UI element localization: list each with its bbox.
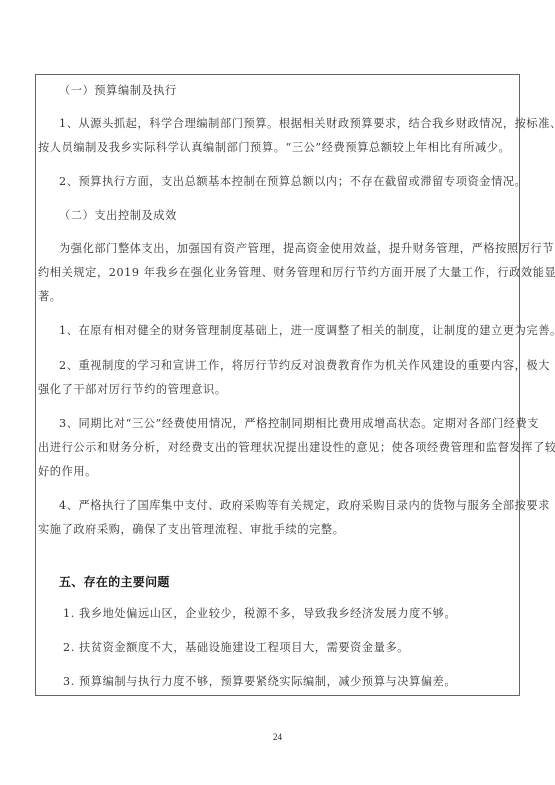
problem-item: 1. 我乡地处偏远山区，企业较少，税源不多，导致我乡经济发展力度不够。 [63, 607, 456, 621]
problem-item: 2. 扶贫资金额度不大，基础设施建设工程项目大，需要资金量多。 [63, 641, 409, 655]
paragraph-text: 实施了政府采购，确保了支出管理流程、审批手续的完整。 [38, 523, 344, 537]
paragraph-text: 1、在原有相对健全的财务管理制度基础上，进一度调整了相关的制度，让制度的建立更为… [59, 324, 555, 338]
paragraph-text: 2、重视制度的学习和宣讲工作，将厉行节约反对浪费教育作为机关作风建设的重要内容，… [59, 359, 550, 373]
content-box: （一）预算编制及执行 1、从源头抓起，科学合理编制部门预算。根据相关财政预算要求… [35, 74, 520, 696]
section-heading-expenditure: （二）支出控制及成效 [59, 209, 177, 223]
paragraph-text: 出进行公示和财务分析，对经费支出的管理状况提出建设性的意见；使各项经费管理和监督… [38, 441, 555, 455]
paragraph-text: 著。 [38, 290, 62, 304]
section-heading-budget: （一）预算编制及执行 [59, 84, 177, 98]
paragraph-text: 为强化部门整体支出，加强国有资产管理，提高资金使用效益，提升财务管理，严格按照厉… [59, 242, 554, 256]
section-heading-problems: 五、存在的主要问题 [59, 575, 170, 589]
page-number: 24 [0, 732, 555, 742]
paragraph-text: 强化了干部对厉行节约的管理意识。 [38, 383, 227, 397]
paragraph-text: 1、从源头抓起，科学合理编制部门预算。根据相关财政预算要求，结合我乡财政情况，按… [59, 117, 555, 131]
paragraph-text: 3、同期比对“三公”经费使用情况，严格控制同期相比费用成增高状态。定期对各部门经… [59, 417, 539, 431]
problem-item: 3. 预算编制与执行力度不够，预算要紧绕实际编制，减少预算与决算偏差。 [63, 675, 456, 689]
paragraph-text: 2、预算执行方面，支出总额基本控制在预算总额以内；不存在截留或滞留专项资金情况。 [59, 175, 526, 189]
paragraph-text: 4、严格执行了国库集中支付、政府采购等有关规定，政府采购目录内的货物与服务全部按… [59, 499, 550, 513]
paragraph-text: 约相关规定，2019 年我乡在强化业务管理、财务管理和厉行节约方面开展了大量工作… [38, 266, 555, 280]
paragraph-text: 按人员编制及我乡实际科学认真编制部门预算。“三公”经费预算总额较上年相比有所减少… [38, 141, 510, 155]
paragraph-text: 好的作用。 [38, 465, 97, 479]
